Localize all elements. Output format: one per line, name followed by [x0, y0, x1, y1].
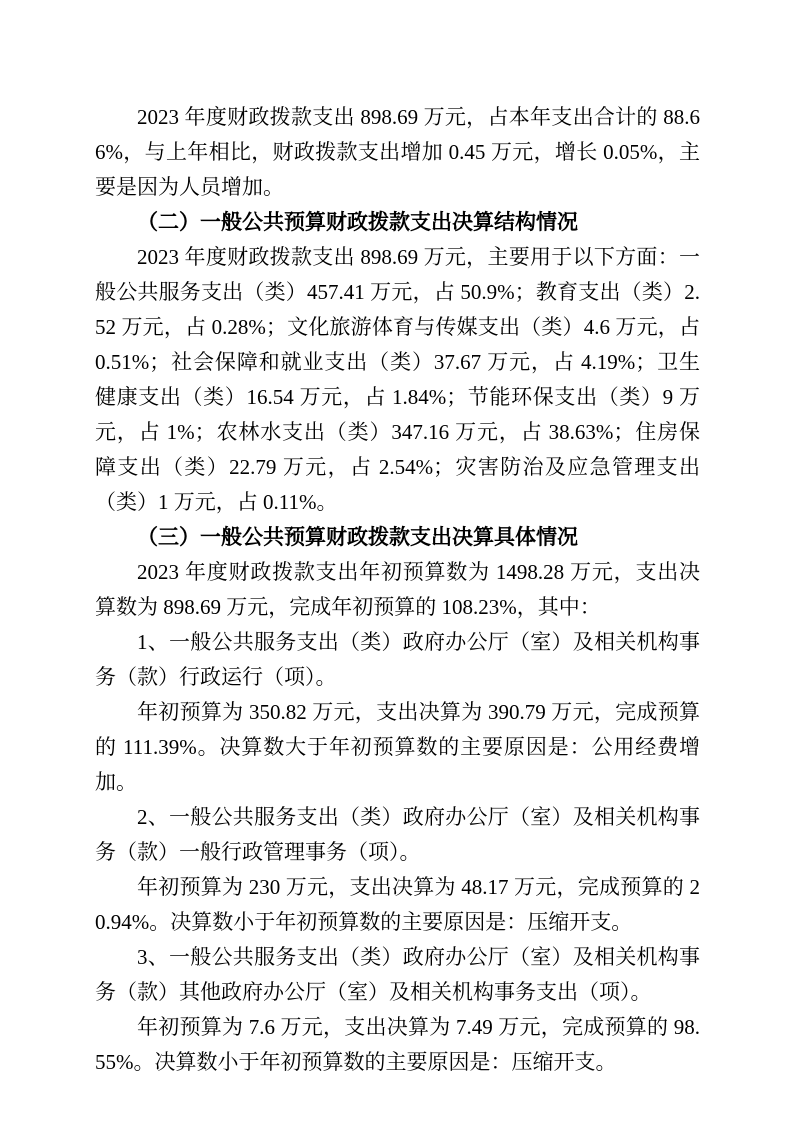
paragraph: 年初预算为 7.6 万元，支出决算为 7.49 万元，完成预算的 98.55%。…: [95, 1010, 700, 1080]
paragraph: 年初预算为 350.82 万元，支出决算为 390.79 万元，完成预算的 11…: [95, 695, 700, 800]
section-heading: （三）一般公共预算财政拨款支出决算具体情况: [95, 520, 700, 555]
paragraph: 2023 年度财政拨款支出 898.69 万元，主要用于以下方面：一般公共服务支…: [95, 240, 700, 520]
document-page: 2023 年度财政拨款支出 898.69 万元，占本年支出合计的 88.66%，…: [0, 0, 793, 1122]
document-body: 2023 年度财政拨款支出 898.69 万元，占本年支出合计的 88.66%，…: [95, 100, 700, 1080]
section-heading: （二）一般公共预算财政拨款支出决算结构情况: [95, 205, 700, 240]
paragraph: 3、一般公共服务支出（类）政府办公厅（室）及相关机构事务（款）其他政府办公厅（室…: [95, 940, 700, 1010]
paragraph: 2023 年度财政拨款支出 898.69 万元，占本年支出合计的 88.66%，…: [95, 100, 700, 205]
paragraph: 2023 年度财政拨款支出年初预算数为 1498.28 万元，支出决算数为 89…: [95, 555, 700, 625]
paragraph: 2、一般公共服务支出（类）政府办公厅（室）及相关机构事务（款）一般行政管理事务（…: [95, 800, 700, 870]
paragraph: 年初预算为 230 万元，支出决算为 48.17 万元，完成预算的 20.94%…: [95, 870, 700, 940]
paragraph: 1、一般公共服务支出（类）政府办公厅（室）及相关机构事务（款）行政运行（项）。: [95, 625, 700, 695]
